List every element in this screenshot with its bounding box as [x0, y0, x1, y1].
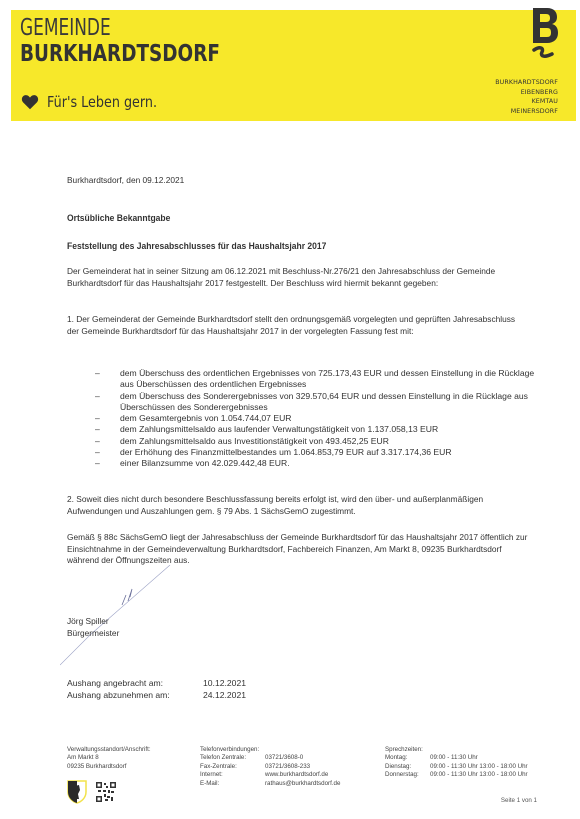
- list-item: –dem Zahlungsmittelsaldo aus laufender V…: [95, 424, 535, 435]
- posting-row: Aushang angebracht am: 10.12.2021: [67, 678, 246, 690]
- district-list: BURKHARDTSDORF EIBENBERG KEMTAU MEINERSD…: [495, 78, 558, 116]
- list-item: –einer Bilanzsumme von 42.029.442,48 EUR…: [95, 458, 535, 469]
- footer-address: Verwaltungsstandort/Anschrift: Am Markt …: [67, 746, 151, 771]
- email-link[interactable]: rathaus@burkhardtsdorf.de: [265, 780, 340, 788]
- point-2-paragraph: 2. Soweit dies nicht durch besondere Bes…: [67, 494, 533, 517]
- signer-title: Bürgermeister: [67, 628, 119, 640]
- district-name: KEMTAU: [495, 97, 558, 107]
- notice-heading: Ortsübliche Bekanntgabe: [67, 213, 170, 225]
- heart-icon: [21, 94, 39, 110]
- coat-of-arms-icon: [67, 780, 87, 804]
- hours-row: Montag:09:00 - 11:30 Uhr: [385, 754, 528, 762]
- inspection-paragraph: Gemäß § 88c SächsGemO liegt der Jahresab…: [67, 532, 533, 567]
- point-1-paragraph: 1. Der Gemeinderat der Gemeinde Burkhard…: [67, 314, 523, 337]
- page-number: Seite 1 von 1: [501, 797, 537, 804]
- contact-row: Internet:www.burkhardtsdorf.de: [200, 771, 340, 779]
- qr-code-icon: [96, 782, 116, 802]
- contact-row: Telefon Zentrale:03721/3608-0: [200, 754, 340, 762]
- slogan-text: Für's Leben gern.: [47, 93, 157, 111]
- header-banner: GEMEINDE BURKHARDTSDORF Für's Leben gern…: [11, 10, 576, 121]
- list-item: –dem Überschuss des Sonderergebnisses vo…: [95, 391, 535, 414]
- intro-paragraph: Der Gemeinderat hat in seiner Sitzung am…: [67, 266, 523, 289]
- website-link[interactable]: www.burkhardtsdorf.de: [265, 771, 328, 779]
- contact-row: Fax-Zentrale:03721/3608-233: [200, 763, 340, 771]
- place-date: Burkhardtsdorf, den 09.12.2021: [67, 175, 184, 187]
- hours-row: Donnerstag:09:00 - 11:30 Uhr 13:00 - 18:…: [385, 771, 528, 779]
- list-item: –dem Überschuss des ordentlichen Ergebni…: [95, 368, 535, 391]
- footer-contact: Telefonverbindungen: Telefon Zentrale:03…: [200, 746, 340, 788]
- notice-subject: Feststellung des Jahresabschlusses für d…: [67, 241, 326, 253]
- district-name: MEINERSDORF: [495, 107, 558, 117]
- brand-name-line2: BURKHARDTSDORF: [20, 41, 220, 67]
- district-name: EIBENBERG: [495, 88, 558, 98]
- list-item: –der Erhöhung des Finanzmittelbestandes …: [95, 447, 535, 458]
- signer-name: Jörg Spiller: [67, 616, 119, 628]
- footer-office-hours: Sprechzeiten: Montag:09:00 - 11:30 Uhr D…: [385, 746, 528, 780]
- figures-list: –dem Überschuss des ordentlichen Ergebni…: [95, 368, 535, 470]
- list-item: –dem Gesamtergebnis von 1.054.744,07 EUR: [95, 413, 535, 424]
- posting-row: Aushang abzunehmen am: 24.12.2021: [67, 690, 246, 702]
- hours-row: Dienstag:09:00 - 11:30 Uhr 13:00 - 18:00…: [385, 763, 528, 771]
- brand-name-line1: GEMEINDE: [20, 15, 111, 41]
- slogan: Für's Leben gern.: [21, 93, 176, 111]
- contact-row: E-Mail:rathaus@burkhardtsdorf.de: [200, 780, 340, 788]
- list-item: –dem Zahlungsmittelsaldo aus Investition…: [95, 436, 535, 447]
- district-name: BURKHARDTSDORF: [495, 78, 558, 88]
- posting-dates: Aushang angebracht am: 10.12.2021 Aushan…: [67, 678, 246, 701]
- b-logo-icon: [530, 6, 560, 66]
- signer-block: Jörg Spiller Bürgermeister: [67, 616, 119, 639]
